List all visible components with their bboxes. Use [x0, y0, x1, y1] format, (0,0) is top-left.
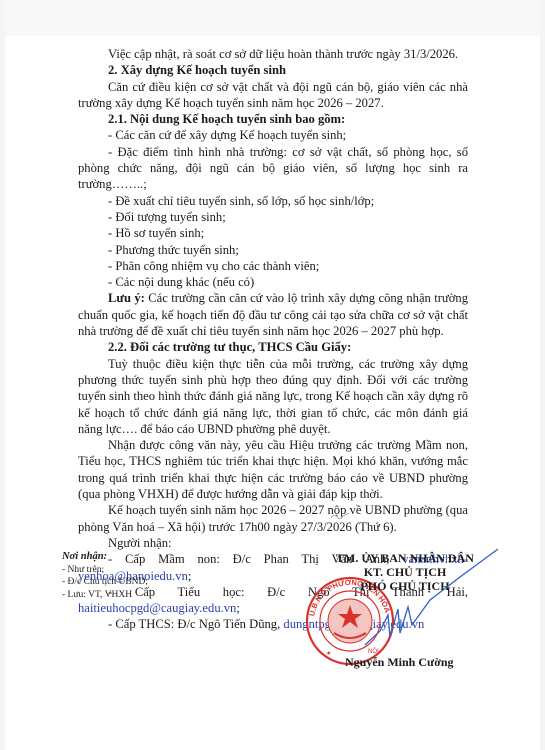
update-deadline-line: Việc cập nhật, rà soát cơ sở dữ liệu hoà…: [78, 46, 468, 62]
recipient-item: - Như trên;: [62, 564, 148, 577]
list-item: - Đề xuất chỉ tiêu tuyển sinh, số lớp, s…: [78, 193, 468, 209]
note-label: Lưu ý:: [108, 291, 145, 305]
list-item: - Các nội dung khác (nếu có): [78, 274, 468, 290]
recipients-block: Nơi nhận: - Như trên; - Đ/c Chủ tịch UBN…: [62, 551, 148, 601]
signer-name: Nguyễn Minh Cường: [345, 655, 454, 670]
list-item: - Đặc điểm tình hình nhà trường: cơ sở v…: [78, 144, 468, 193]
recipient-item: - Lưu: VT, VHXH: [62, 589, 148, 602]
initials-scribble-icon: [330, 512, 350, 520]
section-2-heading: 2. Xây dựng Kế hoạch tuyển sinh: [78, 62, 468, 78]
contact-text: - Cấp THCS: Đ/c Ngô Tiến Dũng,: [108, 617, 283, 631]
svg-text:★: ★: [326, 650, 331, 657]
contact-suffix: ;: [188, 569, 192, 583]
list-item: - Các căn cứ để xây dựng Kế hoạch tuyển …: [78, 127, 468, 143]
section-2-2-heading: 2.2. Đối các trường tư thục, THCS Cầu Gi…: [78, 339, 468, 355]
viewer-top-band: [5, 0, 540, 36]
list-item: - Phương thức tuyển sinh;: [78, 242, 468, 258]
section-2-intro: Căn cứ điều kiện cơ sở vật chất và đội n…: [78, 79, 468, 112]
section-2-2-text: Tuỳ thuộc điều kiện thực tiễn của mỗi tr…: [78, 356, 468, 437]
recipient-item: - Đ/c Chủ tịch UBND;: [62, 576, 148, 589]
email-link[interactable]: haitieuhocpgd@caugiay.edu.vn: [78, 601, 236, 615]
list-item: - Đối tượng tuyển sinh;: [78, 209, 468, 225]
submission-paragraph: Kế hoạch tuyển sinh năm học 2026 – 2027 …: [78, 502, 468, 535]
recipients-heading: Nơi nhận:: [62, 551, 148, 564]
request-paragraph: Nhận được công văn này, yêu cầu Hiệu trư…: [78, 437, 468, 502]
list-item: - Phân công nhiệm vụ cho các thành viên;: [78, 258, 468, 274]
handwritten-signature-icon: [360, 545, 500, 655]
list-item: - Hồ sơ tuyển sinh;: [78, 225, 468, 241]
section-2-1-heading: 2.1. Nội dung Kế hoạch tuyển sinh bao gồ…: [78, 111, 468, 127]
contact-suffix: ;: [236, 601, 240, 615]
note-paragraph: Lưu ý: Các trường cần căn cứ vào lộ trìn…: [78, 290, 468, 339]
